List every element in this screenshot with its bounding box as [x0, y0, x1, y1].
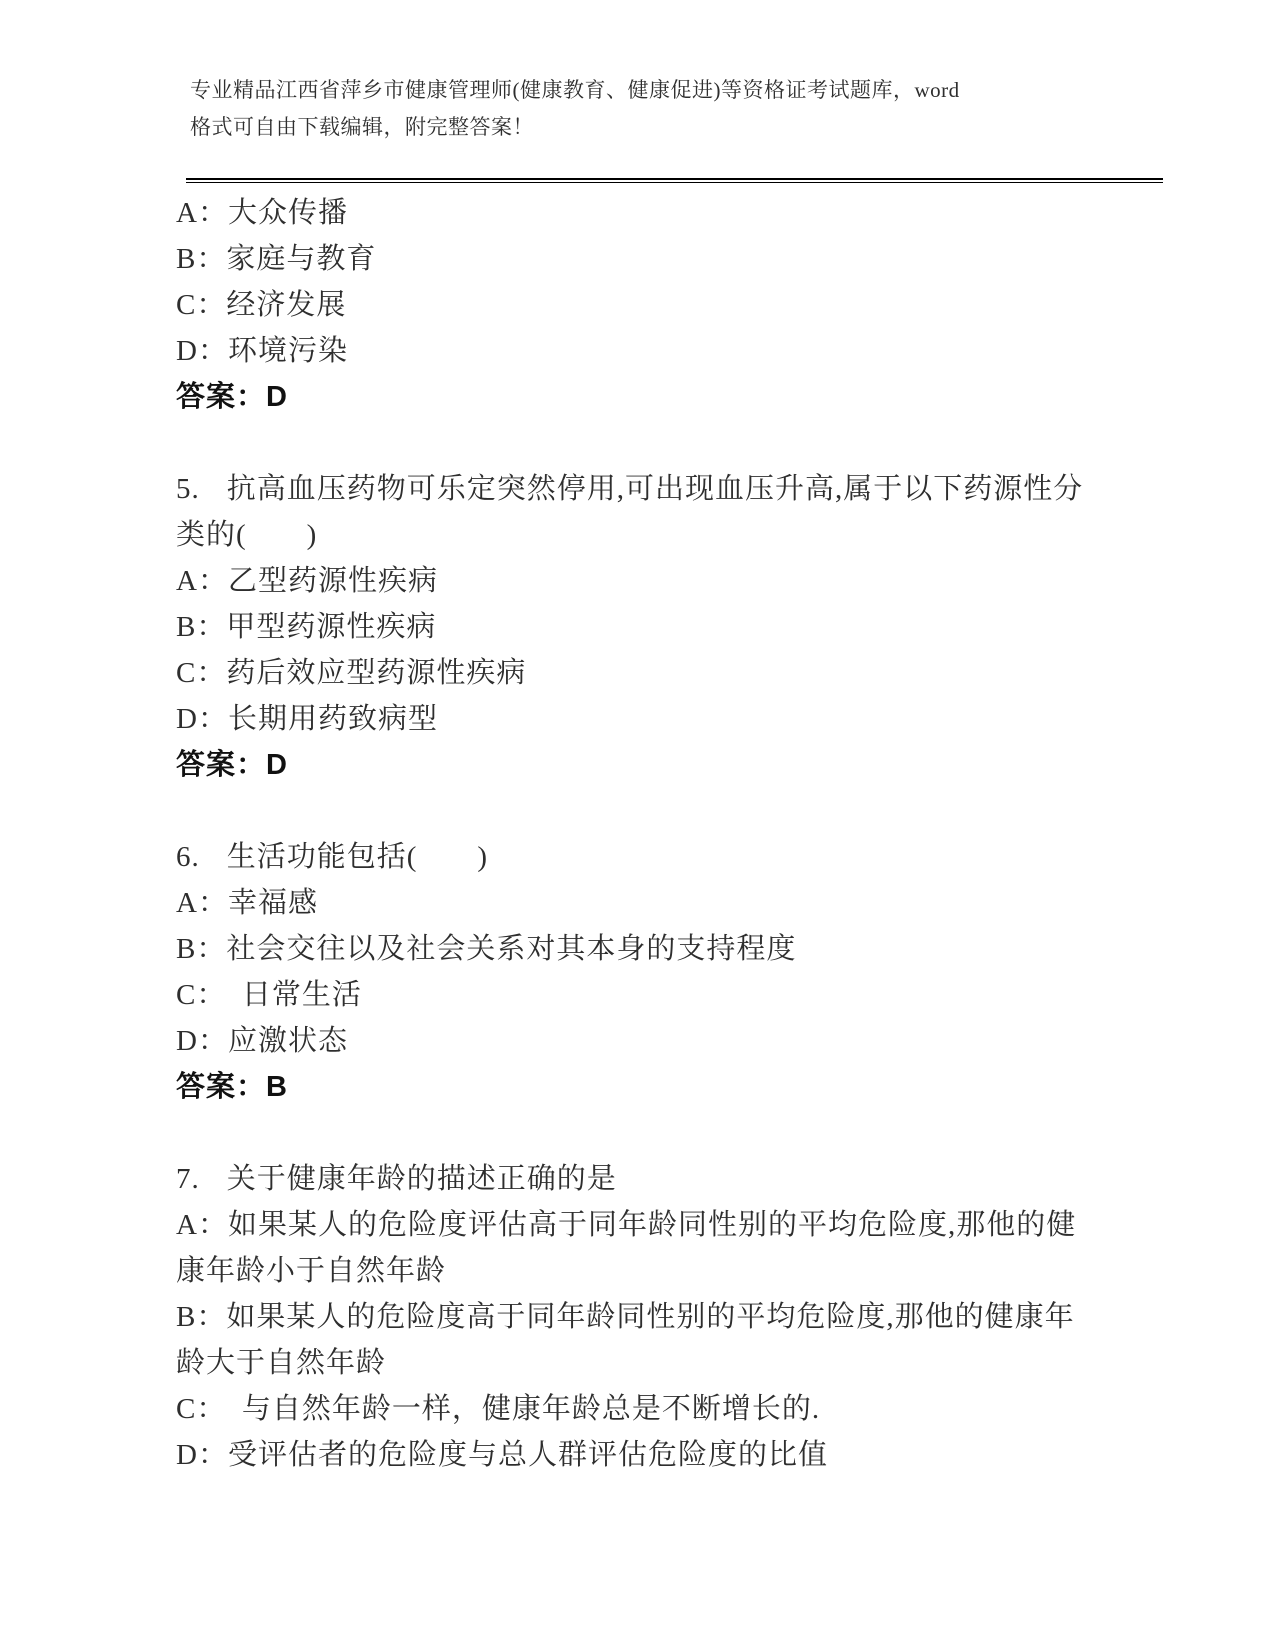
option-text: 社会交往以及社会关系对其本身的支持程度: [226, 933, 796, 965]
option-text: 环境污染: [228, 335, 348, 367]
option-line: A：大众传播: [176, 190, 1176, 236]
option-line: C： 日常生活: [176, 972, 1176, 1018]
answer-line: 答案：B: [176, 1064, 1176, 1110]
option-text: 应激状态: [228, 1025, 348, 1057]
option-line: B：如果某人的危险度高于同年龄同性别的平均危险度,那他的健康年 龄大于自然年龄: [176, 1294, 1176, 1386]
option-text: 甲型药源性疾病: [226, 611, 436, 643]
option-text: 幸福感: [228, 887, 318, 919]
document-page: 专业精品江西省萍乡市健康管理师(健康教育、健康促进)等资格证考试题库，word …: [0, 0, 1275, 1650]
option-label: B：: [176, 933, 226, 965]
option-label: A：: [176, 197, 228, 229]
answer-label: 答案：: [176, 381, 266, 413]
option-label: D：: [176, 1439, 228, 1471]
option-text: 经济发展: [226, 289, 346, 321]
question-block: 7.关于健康年龄的描述正确的是 A：如果某人的危险度评估高于同年龄同性别的平均危…: [176, 1156, 1176, 1478]
option-label: B：: [176, 611, 226, 643]
option-label: C：: [176, 289, 226, 321]
question-number: 6.: [176, 841, 200, 873]
header-line: 格式可自由下载编辑，附完整答案！: [190, 109, 1150, 146]
option-line: D：长期用药致病型: [176, 696, 1176, 742]
option-line: B：社会交往以及社会关系对其本身的支持程度: [176, 926, 1176, 972]
answer-line: 答案：D: [176, 742, 1176, 788]
option-text: 大众传播: [228, 197, 348, 229]
option-text: 与自然年龄一样，健康年龄总是不断增长的.: [212, 1393, 820, 1425]
question-text-line: 7.关于健康年龄的描述正确的是: [176, 1156, 1176, 1202]
document-body: A：大众传播 B：家庭与教育 C：经济发展 D：环境污染 答案：D 5.抗高血压…: [176, 190, 1176, 1524]
option-line: D：受评估者的危险度与总人群评估危险度的比值: [176, 1432, 1176, 1478]
answer-label: 答案：: [176, 749, 266, 781]
document-header: 专业精品江西省萍乡市健康管理师(健康教育、健康促进)等资格证考试题库，word …: [190, 72, 1150, 146]
header-divider-rule: [186, 178, 1163, 183]
option-line: C： 与自然年龄一样，健康年龄总是不断增长的.: [176, 1386, 1176, 1432]
option-label: D：: [176, 703, 228, 735]
answer-value: D: [266, 381, 288, 413]
question-number: 7.: [176, 1163, 200, 1195]
option-line: A：如果某人的危险度评估高于同年龄同性别的平均危险度,那他的健 康年龄小于自然年…: [176, 1202, 1176, 1294]
question-block: 5.抗高血压药物可乐定突然停用,可出现血压升高,属于以下药源性分 类的( ) A…: [176, 466, 1176, 788]
answer-label: 答案：: [176, 1071, 266, 1103]
question-text: 抗高血压药物可乐定突然停用,可出现血压升高,属于以下药源性分 类的( ): [176, 473, 1083, 551]
question-text-line: 5.抗高血压药物可乐定突然停用,可出现血压升高,属于以下药源性分 类的( ): [176, 466, 1176, 558]
option-text: 药后效应型药源性疾病: [226, 657, 526, 689]
option-label: A：: [176, 1209, 228, 1241]
option-line: A：乙型药源性疾病: [176, 558, 1176, 604]
answer-value: D: [266, 749, 288, 781]
option-line: D：应激状态: [176, 1018, 1176, 1064]
header-line: 专业精品江西省萍乡市健康管理师(健康教育、健康促进)等资格证考试题库，word: [190, 72, 1150, 109]
option-label: B：: [176, 243, 226, 275]
answer-line: 答案：D: [176, 374, 1176, 420]
option-text: 长期用药致病型: [228, 703, 438, 735]
question-number: 5.: [176, 473, 200, 505]
question-text: 生活功能包括( ): [227, 841, 488, 873]
option-label: D：: [176, 335, 228, 367]
option-text: 家庭与教育: [226, 243, 376, 275]
answer-value: B: [266, 1071, 288, 1103]
option-label: A：: [176, 887, 228, 919]
option-label: B：: [176, 1301, 226, 1333]
option-label: D：: [176, 1025, 228, 1057]
option-line: A：幸福感: [176, 880, 1176, 926]
option-line: C：经济发展: [176, 282, 1176, 328]
question-block: A：大众传播 B：家庭与教育 C：经济发展 D：环境污染 答案：D: [176, 190, 1176, 420]
question-text: 关于健康年龄的描述正确的是: [227, 1163, 617, 1195]
option-label: C：: [176, 657, 226, 689]
question-block: 6.生活功能包括( ) A：幸福感 B：社会交往以及社会关系对其本身的支持程度 …: [176, 834, 1176, 1110]
option-line: B：甲型药源性疾病: [176, 604, 1176, 650]
option-label: A：: [176, 565, 228, 597]
option-label: C：: [176, 1393, 212, 1425]
option-text: 乙型药源性疾病: [228, 565, 438, 597]
option-label: C：: [176, 979, 212, 1011]
option-line: B：家庭与教育: [176, 236, 1176, 282]
option-text: 日常生活: [212, 979, 362, 1011]
option-text: 如果某人的危险度评估高于同年龄同性别的平均危险度,那他的健 康年龄小于自然年龄: [176, 1209, 1076, 1287]
option-line: D：环境污染: [176, 328, 1176, 374]
option-text: 受评估者的危险度与总人群评估危险度的比值: [228, 1439, 828, 1471]
option-line: C：药后效应型药源性疾病: [176, 650, 1176, 696]
question-text-line: 6.生活功能包括( ): [176, 834, 1176, 880]
option-text: 如果某人的危险度高于同年龄同性别的平均危险度,那他的健康年 龄大于自然年龄: [176, 1301, 1075, 1379]
